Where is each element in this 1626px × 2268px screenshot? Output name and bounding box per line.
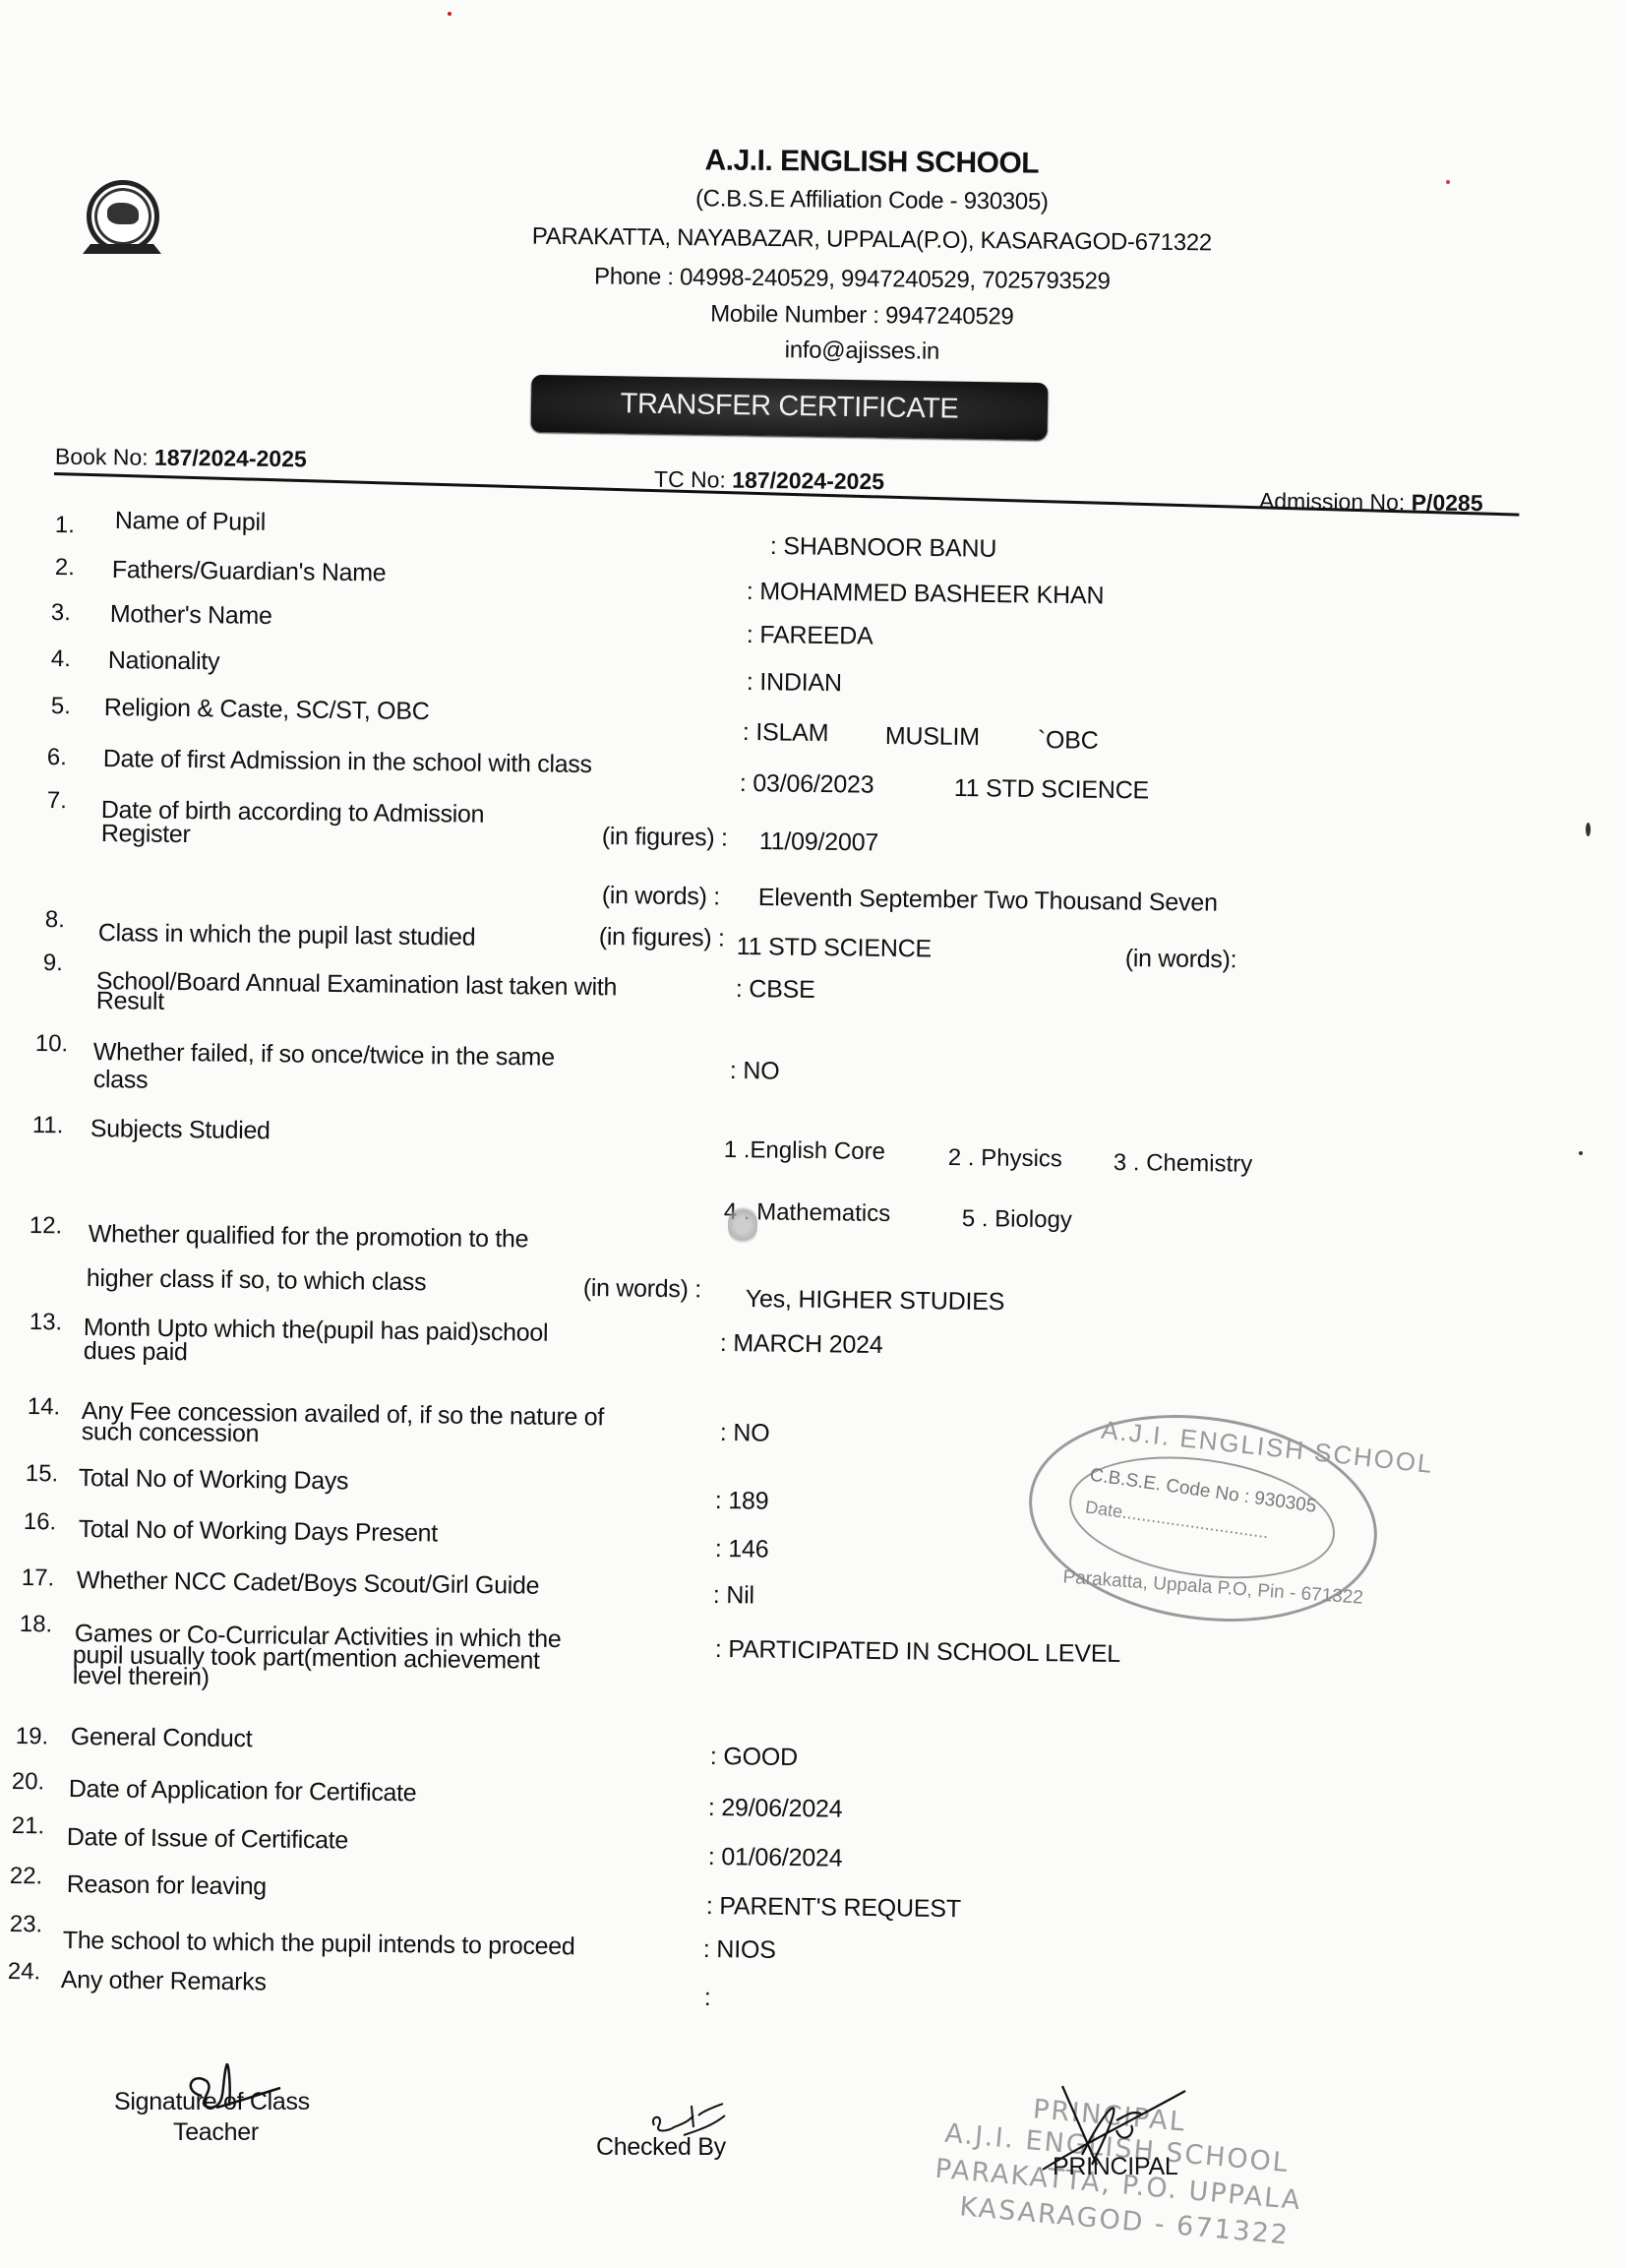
field-value: : NIOS [703,1935,776,1965]
field-label: Name of Pupil [115,507,266,537]
field-number: 18. [20,1611,53,1638]
field-value: : PARENT'S REQUEST [706,1892,961,1924]
field-number: 21. [12,1812,45,1840]
field-value: : GOOD [710,1743,798,1772]
field-label: Any other Remarks [61,1966,267,1997]
field-value: : 01/06/2024 [708,1843,843,1873]
field-value: : Nil [713,1581,754,1611]
field-value: 11 STD SCIENCE [954,774,1150,805]
school-name: A.J.I. ENGLISH SCHOOL [59,138,1626,187]
field-qualifier: (in words) : [602,882,720,911]
field-number: 19. [16,1723,49,1750]
document-title: TRANSFER CERTIFICATE [531,387,1048,427]
field-number: 24. [8,1958,41,1986]
field-number: 15. [26,1460,59,1488]
field-number: 9. [43,950,63,977]
field-label: Total No of Working Days [79,1464,349,1496]
field-number: 16. [24,1508,57,1536]
field-value: : 189 [715,1487,769,1516]
field-value: Yes, HIGHER STUDIES [746,1285,1005,1317]
school-seal: A.J.I. ENGLISH SCHOOL C.B.S.E. Code No :… [1015,1393,1390,1643]
field-qualifier: (in words): [1125,945,1237,974]
document-title-banner: TRANSFER CERTIFICATE [531,375,1049,440]
watermark-emblem-icon [728,1205,757,1245]
field-value: : PARTICIPATED IN SCHOOL LEVEL [715,1635,1120,1669]
field-label: Whether qualified for the promotion to t… [89,1220,529,1254]
field-label: Whether NCC Cadet/Boys Scout/Girl Guide [77,1566,540,1601]
field-number: 5. [51,693,71,720]
subject-item: 3 . Chemistry [1114,1149,1253,1179]
tc-number-value: 187/2024-2025 [732,467,884,495]
field-value: : MOHAMMED BASHEER KHAN [747,578,1105,610]
field-label-continued: higher class if so, to which class [87,1264,427,1297]
field-label: Total No of Working Days Present [79,1515,438,1548]
school-phone: Phone : 04998-240529, 9947240529, 702579… [39,258,1626,301]
field-number: 14. [28,1393,61,1421]
field-label: Mother's Name [110,600,272,631]
field-value: : INDIAN [747,668,842,698]
field-label: Date of Issue of Certificate [67,1823,349,1855]
field-value: : 03/06/2023 [740,769,874,800]
subject-item: 2 . Physics [948,1144,1062,1173]
field-value: : SHABNOOR BANU [770,532,997,564]
field-number: 10. [35,1030,69,1058]
field-value: : NO [730,1057,780,1086]
field-label: Reason for leaving [67,1870,267,1901]
field-value: 11/09/2007 [759,828,879,857]
field-value: Eleventh September Two Thousand Seven [758,884,1218,918]
field-value: : MARCH 2024 [720,1329,883,1360]
field-number: 20. [12,1768,45,1796]
field-label: Class in which the pupil last studied [98,919,476,952]
checked-by-label: Checked By [596,2133,726,2162]
book-number-value: 187/2024-2025 [154,445,307,472]
subject-item: 1 .English Core [724,1136,885,1166]
school-affiliation: (C.B.S.E Affiliation Code - 930305) [59,179,1626,222]
field-number: 6. [47,744,67,771]
field-value: : [704,1984,711,2012]
transfer-certificate-page: A.J.I. ENGLISH SCHOOL (C.B.S.E Affiliati… [0,0,1626,2268]
class-teacher-label-line1: Signature of Class [114,2088,310,2116]
field-number: 22. [10,1863,43,1890]
school-email: info@ajisses.in [49,330,1626,373]
field-value: 11 STD SCIENCE [737,933,933,963]
school-address: PARAKATTA, NAYABAZAR, UPPALA(P.O), KASAR… [59,218,1626,262]
field-value: : ISLAM [743,718,829,748]
field-number: 3. [51,599,71,627]
class-teacher-label-line2: Teacher [173,2118,259,2147]
field-label: Fathers/Guardian's Name [112,556,387,587]
field-label-continued: such concession [82,1418,260,1448]
school-mobile: Mobile Number : 9947240529 [49,294,1626,337]
field-label: Date of Application for Certificate [69,1775,417,1808]
field-label: Date of first Admission in the school wi… [103,745,592,779]
field-value: MUSLIM [885,722,980,752]
field-qualifier: (in figures) : [602,823,728,853]
field-number: 1. [55,512,75,539]
field-number: 23. [10,1911,43,1938]
subject-item: 5 . Biology [962,1205,1072,1234]
field-number: 12. [30,1212,63,1240]
field-number: 2. [55,554,75,582]
field-label-continued: Register [101,820,191,849]
field-qualifier: (in words) : [583,1274,701,1304]
field-label: School/Board Annual Examination last tak… [96,967,618,1002]
field-label: Nationality [108,646,220,676]
field-label-continued: Result [96,987,164,1016]
field-label-continued: dues paid [84,1337,188,1367]
field-qualifier: (in figures) : [599,923,725,953]
field-value: `OBC [1038,726,1099,756]
book-number: Book No: 187/2024-2025 [55,444,307,473]
field-value: : FAREEDA [747,621,873,651]
book-number-label: Book No: [55,444,149,470]
field-value: : 29/06/2024 [708,1794,843,1824]
field-number: 11. [32,1112,64,1139]
field-value: : 146 [715,1535,769,1564]
field-label: The school to which the pupil intends to… [63,1927,575,1961]
field-number: 8. [45,906,65,934]
field-label: Subjects Studied [90,1115,271,1145]
field-label-continued: level therein) [73,1662,210,1692]
field-number: 13. [30,1309,63,1336]
field-label: General Conduct [71,1723,253,1753]
field-value: : NO [720,1419,770,1448]
field-number: 17. [22,1564,55,1592]
field-label-continued: class [93,1066,149,1095]
field-label: Whether failed, if so once/twice in the … [93,1038,555,1073]
field-number: 4. [51,645,71,673]
field-value: : CBSE [736,975,815,1005]
field-label: Religion & Caste, SC/ST, OBC [104,694,430,726]
field-number: 7. [47,787,67,815]
principal-label: PRINCIPAL [1053,2153,1177,2181]
